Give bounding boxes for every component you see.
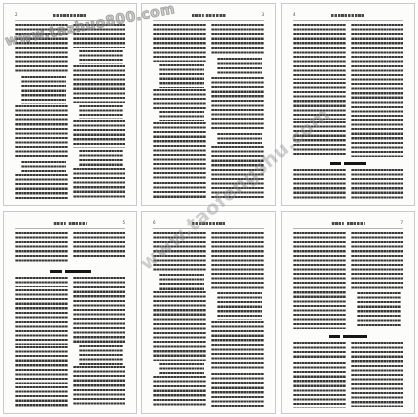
text-paragraph [73, 24, 126, 48]
page-header: 7 7 [293, 220, 403, 227]
text-block [293, 232, 403, 331]
text-column [153, 232, 206, 410]
text-column [351, 24, 404, 158]
running-title [53, 14, 87, 17]
header-rule [293, 20, 403, 21]
text-column [73, 24, 126, 202]
text-paragraph [21, 161, 66, 173]
text-paragraph [293, 362, 346, 408]
text-paragraph [15, 24, 68, 74]
text-paragraph [293, 342, 346, 360]
running-title-segment [331, 14, 365, 17]
text-block [293, 342, 403, 409]
text-paragraph [211, 373, 264, 409]
running-title-segment [54, 222, 66, 225]
text-paragraph [293, 169, 346, 200]
text-paragraph [159, 111, 204, 121]
page-header: 2 2 [15, 12, 125, 19]
text-paragraph [211, 232, 264, 290]
page-header: 5 5 [15, 220, 125, 227]
text-paragraph [211, 321, 264, 371]
text-paragraph [153, 182, 206, 200]
text-paragraph [357, 292, 402, 328]
text-paragraph [351, 169, 404, 200]
scanned-page-bottom-left: 5 5 [3, 211, 137, 414]
text-paragraph [153, 376, 206, 406]
text-paragraph [217, 133, 262, 145]
running-title [331, 14, 365, 17]
running-title-segment [206, 14, 226, 17]
text-paragraph [351, 24, 404, 72]
text-paragraph [293, 121, 346, 157]
page-body [15, 232, 125, 410]
text-paragraph [79, 345, 124, 365]
page-number: 4 [293, 13, 296, 17]
text-paragraph [15, 232, 68, 264]
text-paragraph [73, 366, 126, 407]
text-paragraph [153, 232, 206, 272]
text-paragraph [73, 232, 126, 258]
page-header: 6 6 [153, 220, 264, 227]
text-column [351, 342, 404, 409]
text-paragraph [211, 77, 264, 131]
section-heading-segment [343, 335, 367, 338]
header-rule [15, 228, 125, 229]
text-block [153, 24, 264, 202]
text-paragraph [351, 74, 404, 118]
text-paragraph [15, 346, 68, 384]
text-block [293, 169, 403, 202]
section-heading-segment [329, 335, 340, 338]
page-number: 2 [15, 13, 18, 17]
page-number: 5 [122, 221, 125, 225]
text-paragraph [293, 24, 346, 80]
text-column [293, 342, 346, 409]
section-heading-segment [50, 270, 62, 273]
text-column [73, 277, 126, 410]
text-column [15, 277, 68, 410]
text-paragraph [159, 363, 204, 375]
text-paragraph [211, 146, 264, 198]
text-paragraph [159, 64, 204, 88]
text-column [73, 232, 126, 266]
scanned-page-bottom-middle: 6 6 [141, 211, 276, 414]
section-heading-segment [344, 162, 366, 165]
text-paragraph [211, 24, 264, 56]
scanned-page-top-middle: 3 3 [141, 3, 276, 206]
text-paragraph [217, 58, 262, 76]
text-block [15, 24, 125, 202]
text-paragraph [73, 168, 126, 198]
text-column [15, 232, 68, 266]
text-column [351, 232, 404, 331]
text-paragraph [293, 232, 346, 329]
text-column [293, 24, 346, 158]
text-paragraph [159, 274, 204, 290]
text-paragraph [79, 150, 124, 166]
text-column [293, 232, 346, 331]
text-paragraph [15, 289, 68, 345]
section-heading [15, 266, 125, 277]
running-title-segment [53, 14, 87, 17]
section-heading [293, 158, 403, 169]
text-paragraph [351, 232, 404, 290]
text-paragraph [79, 50, 124, 64]
text-column [211, 232, 264, 410]
running-title [332, 222, 365, 225]
text-paragraph [79, 105, 124, 119]
text-column [153, 24, 206, 202]
running-title-segment [332, 222, 344, 225]
page-header: 3 3 [153, 12, 264, 19]
text-paragraph [15, 277, 68, 287]
text-paragraph [293, 82, 346, 120]
page-number: 7 [400, 221, 403, 225]
text-column [211, 24, 264, 202]
header-rule [153, 20, 264, 21]
section-heading-segment [65, 270, 91, 273]
running-title-segment [346, 222, 364, 225]
text-column [293, 169, 346, 202]
header-rule [153, 228, 264, 229]
text-paragraph [217, 292, 262, 320]
running-title-segment [192, 222, 226, 225]
text-block [15, 232, 125, 266]
text-paragraph [351, 342, 404, 407]
page-body [153, 232, 264, 410]
running-title [54, 222, 87, 225]
text-paragraph [73, 65, 126, 103]
page-number: 3 [261, 13, 264, 17]
text-paragraph [73, 277, 126, 343]
text-column [351, 169, 404, 202]
text-block [153, 232, 264, 410]
text-paragraph [15, 105, 68, 159]
text-paragraph [21, 76, 66, 104]
page-number: 6 [153, 221, 156, 225]
text-paragraph [153, 291, 206, 361]
running-title-segment [191, 14, 203, 17]
running-title [192, 222, 226, 225]
text-paragraph [153, 89, 206, 109]
page-body [293, 232, 403, 409]
section-heading [293, 331, 403, 342]
document-preview-grid: 2 2 3 3 4 4 5 5 [0, 0, 418, 417]
text-paragraph [153, 122, 206, 180]
page-body [15, 24, 125, 202]
text-block [15, 277, 125, 410]
text-column [15, 24, 68, 202]
header-rule [15, 20, 125, 21]
running-title [191, 14, 226, 17]
text-paragraph [15, 386, 68, 409]
scanned-page-top-left: 2 2 [3, 3, 137, 206]
text-paragraph [73, 120, 126, 148]
header-rule [293, 228, 403, 229]
scanned-page-top-right: 4 4 [281, 3, 415, 206]
text-paragraph [153, 24, 206, 62]
text-paragraph [15, 174, 68, 200]
running-title-segment [68, 222, 86, 225]
scanned-page-bottom-right: 7 7 [281, 211, 415, 414]
section-heading-segment [330, 162, 341, 165]
text-block [293, 24, 403, 158]
page-header: 4 4 [293, 12, 403, 19]
page-body [153, 24, 264, 202]
text-paragraph [351, 119, 404, 157]
page-body [293, 24, 403, 202]
